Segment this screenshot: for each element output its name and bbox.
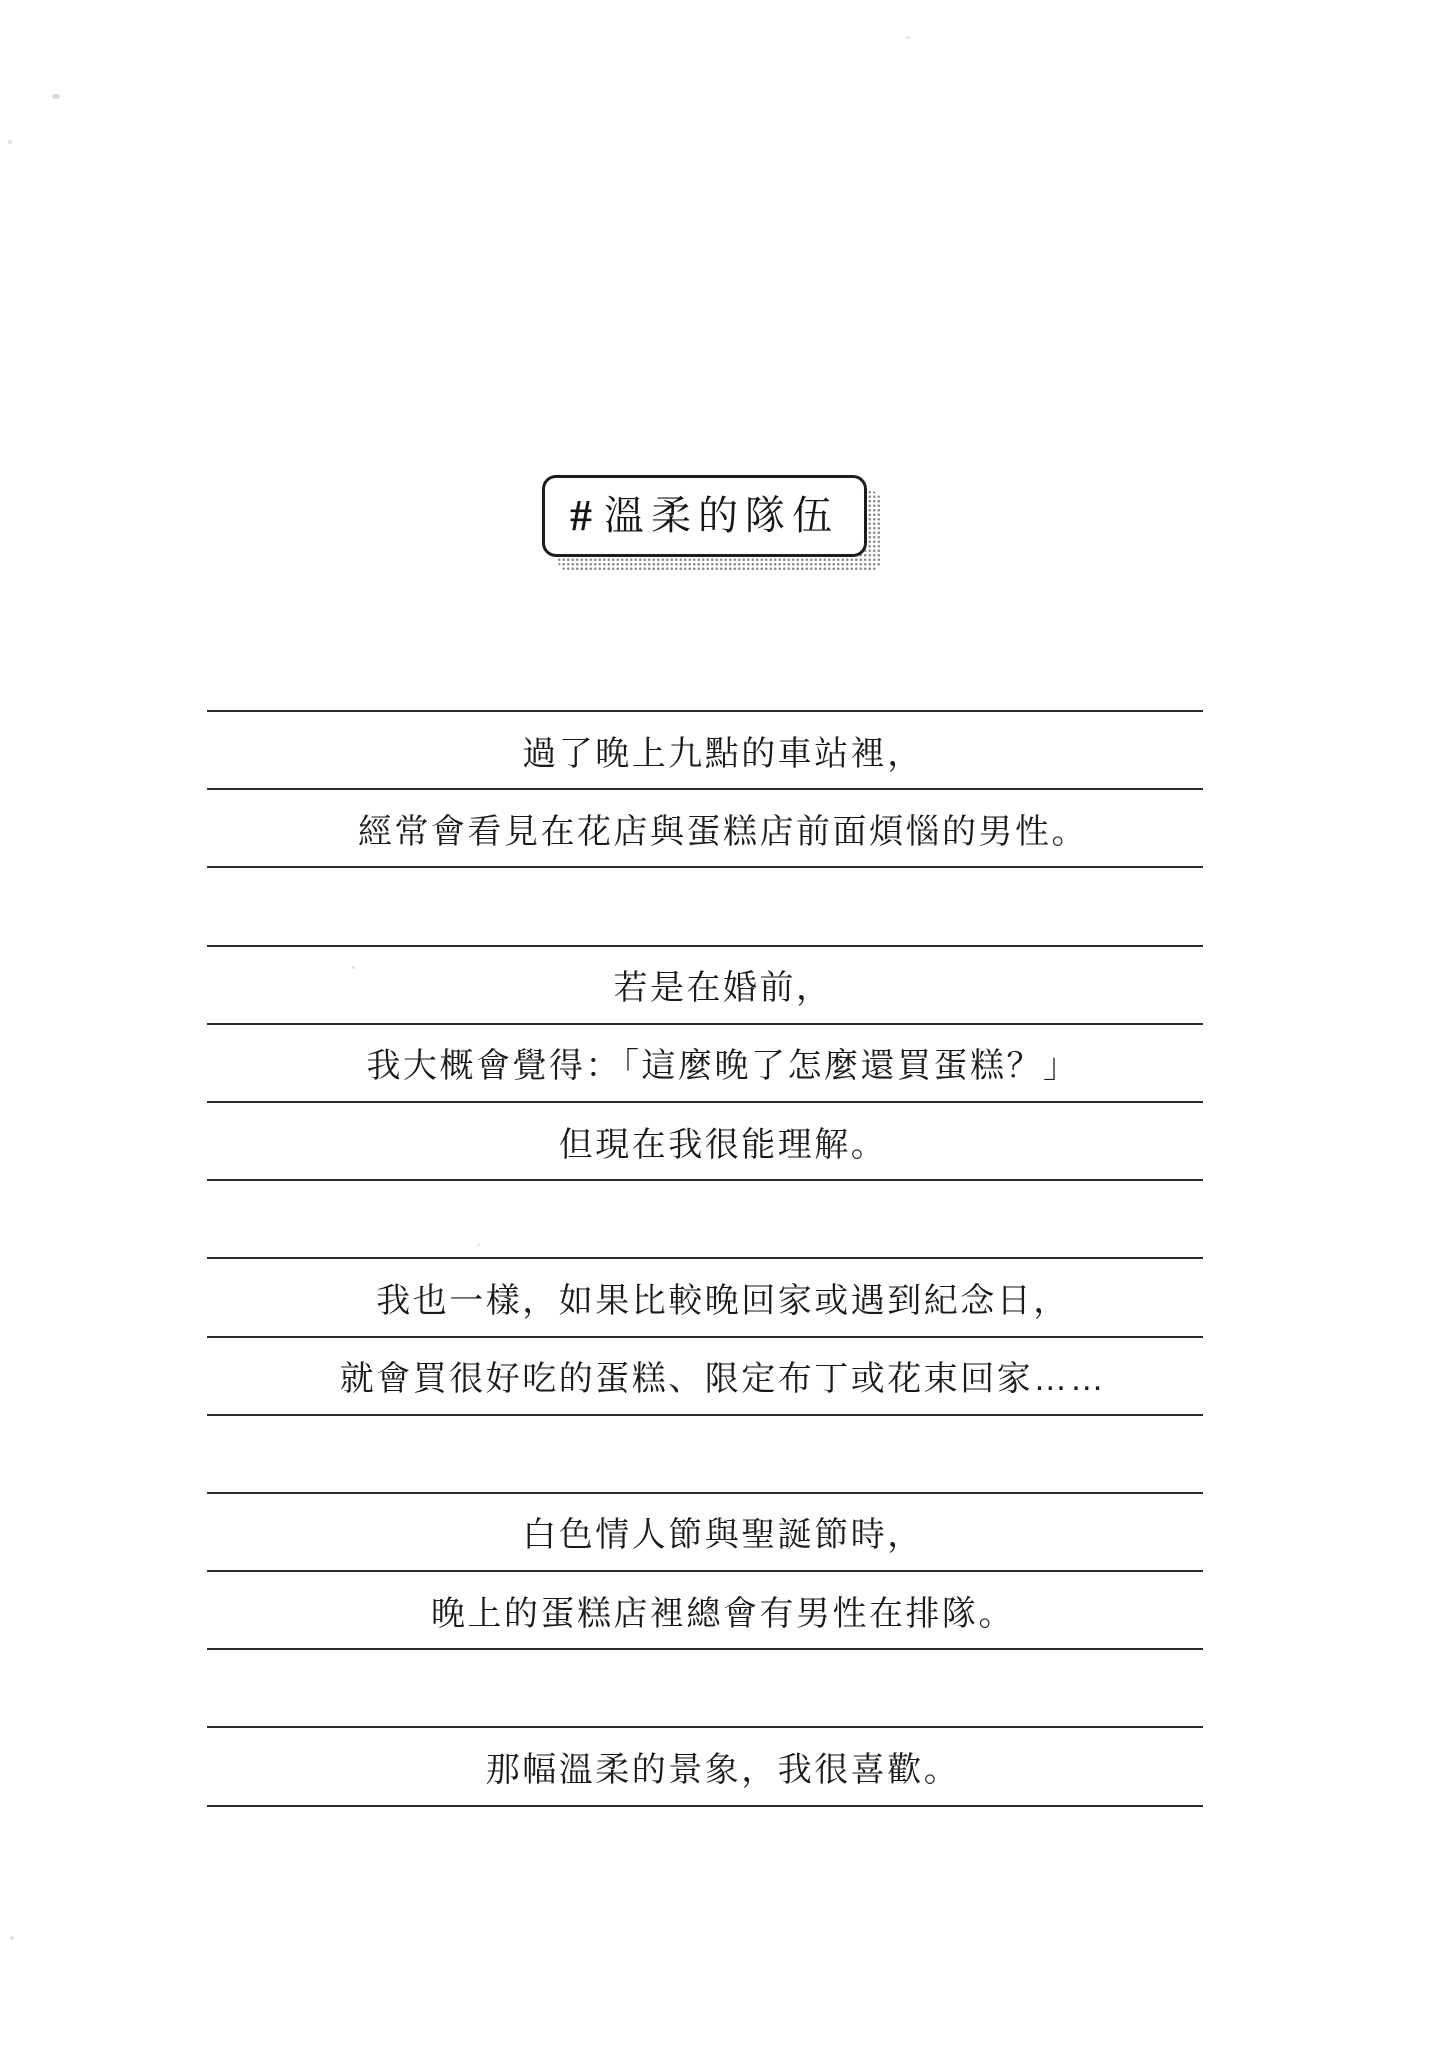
- ruled-row: 就會買很好吃的蛋糕、限定布丁或花束回家……: [207, 1336, 1203, 1414]
- chapter-title-box: # 溫柔的隊伍: [542, 475, 867, 557]
- row-text: 我大概會覺得：「這麼晚了怎麼還買蛋糕？」: [367, 1038, 1080, 1087]
- chapter-title: 溫柔的隊伍: [604, 496, 839, 536]
- ruled-row: 若是在婚前，: [207, 945, 1203, 1023]
- scan-speck: [905, 36, 910, 39]
- ruled-row: [207, 1414, 1203, 1492]
- ruled-row: 過了晚上九點的車站裡，: [207, 710, 1203, 788]
- ruled-row: 我也一樣，如果比較晚回家或遇到紀念日，: [207, 1257, 1203, 1335]
- ruled-row: 我大概會覺得：「這麼晚了怎麼還買蛋糕？」: [207, 1023, 1203, 1101]
- row-text: 但現在我很能理解。: [559, 1117, 888, 1166]
- row-text: 過了晚上九點的車站裡，: [522, 726, 924, 775]
- ruled-row: 但現在我很能理解。: [207, 1101, 1203, 1179]
- ruled-text-area: 過了晚上九點的車站裡，經常會看見在花店與蛋糕店前面煩惱的男性。若是在婚前，我大概…: [207, 710, 1203, 1807]
- scan-speck: [10, 1936, 14, 1940]
- hash-icon: #: [570, 494, 592, 538]
- row-text: 那幅溫柔的景象，我很喜歡。: [486, 1742, 961, 1791]
- ruled-row: 經常會看見在花店與蛋糕店前面煩惱的男性。: [207, 788, 1203, 866]
- ruled-row: [207, 1648, 1203, 1726]
- ruled-row: [207, 866, 1203, 944]
- scan-speck: [8, 140, 12, 144]
- row-text: 晚上的蛋糕店裡總會有男性在排隊。: [431, 1586, 1015, 1635]
- ruled-row: 那幅溫柔的景象，我很喜歡。: [207, 1726, 1203, 1804]
- row-text: 若是在婚前，: [614, 960, 833, 1009]
- ruled-row: [207, 1179, 1203, 1257]
- ruled-row: 晚上的蛋糕店裡總會有男性在排隊。: [207, 1570, 1203, 1648]
- row-text: 經常會看見在花店與蛋糕店前面煩惱的男性。: [358, 804, 1088, 853]
- row-text: 就會買很好吃的蛋糕、限定布丁或花束回家……: [340, 1351, 1107, 1400]
- row-text: 白色情人節與聖誕節時，: [522, 1507, 924, 1556]
- ruled-row: 白色情人節與聖誕節時，: [207, 1492, 1203, 1570]
- scan-speck: [52, 94, 60, 99]
- row-text: 我也一樣，如果比較晚回家或遇到紀念日，: [376, 1273, 1070, 1322]
